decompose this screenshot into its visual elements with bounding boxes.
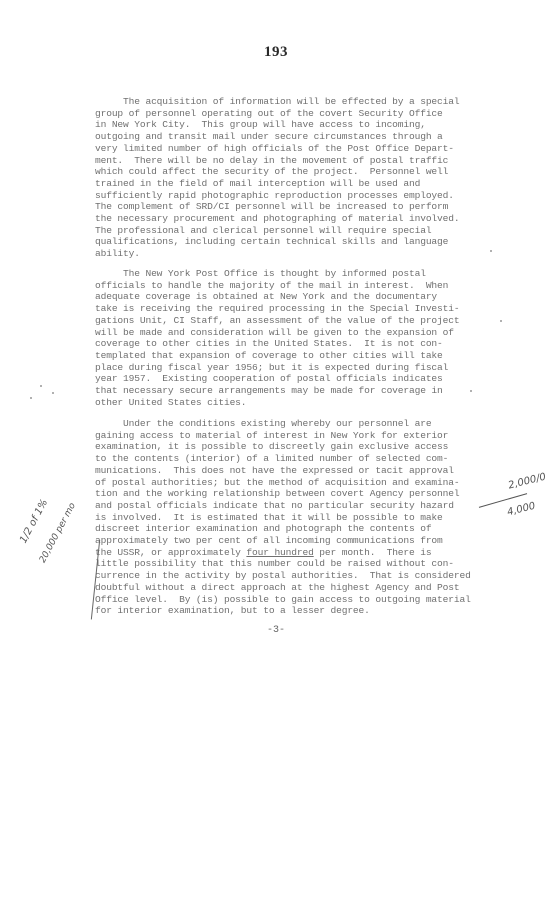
text-line: for interior examination, but to a lesse… [95,605,485,617]
text-line: examination, it is possible to discreetl… [95,441,485,453]
text-line: which could affect the security of the p… [95,166,485,178]
text-line: the USSR, or approximately four hundred … [95,547,485,559]
handwritten-note-right: 2,000/0 [507,472,547,492]
text-line: templated that expansion of coverage to … [95,350,485,362]
text-line: the necessary procurement and photograph… [95,213,485,225]
text-line: to the contents (interior) of a limited … [95,453,485,465]
text-line: place during fiscal year 1956; but it is… [95,362,485,374]
text-line: doubtful without a direct approach at th… [95,582,485,594]
underlined-phrase: four hundred [246,547,313,558]
text-line: year 1957. Existing cooperation of posta… [95,373,485,385]
handwritten-note-left: 1/2 of 1% [18,498,50,546]
text-line: discreet interior examination and photog… [95,523,485,535]
text-line: The acquisition of information will be e… [95,96,485,108]
scan-speck [40,385,42,387]
text-line: ment. There will be no delay in the move… [95,155,485,167]
text-line: coverage to other cities in the United S… [95,338,485,350]
text-line: of postal authorities; but the method of… [95,477,485,489]
text-line: and postal officials indicate that no pa… [95,500,485,512]
paragraph-2: The New York Post Office is thought by i… [95,268,485,408]
text-line: outgoing and transit mail under secure c… [95,131,485,143]
paragraph-1: The acquisition of information will be e… [95,96,485,260]
text-line: The professional and clerical personnel … [95,225,485,237]
text-line: sufficiently rapid photographic reproduc… [95,190,485,202]
paragraph-3: Under the conditions existing whereby ou… [95,418,485,617]
scan-speck [490,250,492,252]
scan-speck [30,397,32,399]
text-line: The complement of SRD/CI personnel will … [95,201,485,213]
text-line: take is receiving the required processin… [95,303,485,315]
text-line: gaining access to material of interest i… [95,430,485,442]
text-line: currence in the activity by postal autho… [95,570,485,582]
page-number-bottom: -3- [0,625,552,636]
text-line: munications. This does not have the expr… [95,465,485,477]
text-line: little possibility that this number coul… [95,558,485,570]
text-line: is involved. It is estimated that it wil… [95,512,485,524]
text-line: in New York City. This group will have a… [95,119,485,131]
text-line: adequate coverage is obtained at New Yor… [95,291,485,303]
text-line: ability. [95,248,485,260]
scan-speck [500,320,502,322]
text-line: Office level. By (is) possible to gain a… [95,594,485,606]
text-line: officials to handle the majority of the … [95,280,485,292]
text-line: tion and the working relationship betwee… [95,488,485,500]
text-line: The New York Post Office is thought by i… [95,268,485,280]
page-number-top: 193 [0,44,552,61]
text-line: approximately two per cent of all incomi… [95,535,485,547]
scan-speck [52,392,54,394]
text-line: very limited number of high officials of… [95,143,485,155]
text-line: that necessary secure arrangements may b… [95,385,485,397]
text-line: other United States cities. [95,397,485,409]
text-line: group of personnel operating out of the … [95,108,485,120]
text-line: trained in the field of mail interceptio… [95,178,485,190]
text-line: will be made and consideration will be g… [95,327,485,339]
text-line: gations Unit, CI Staff, an assessment of… [95,315,485,327]
scan-speck [470,390,472,392]
text-line: qualifications, including certain techni… [95,236,485,248]
handwritten-note-right-2: 4,000 [506,501,536,519]
text-line: Under the conditions existing whereby ou… [95,418,485,430]
